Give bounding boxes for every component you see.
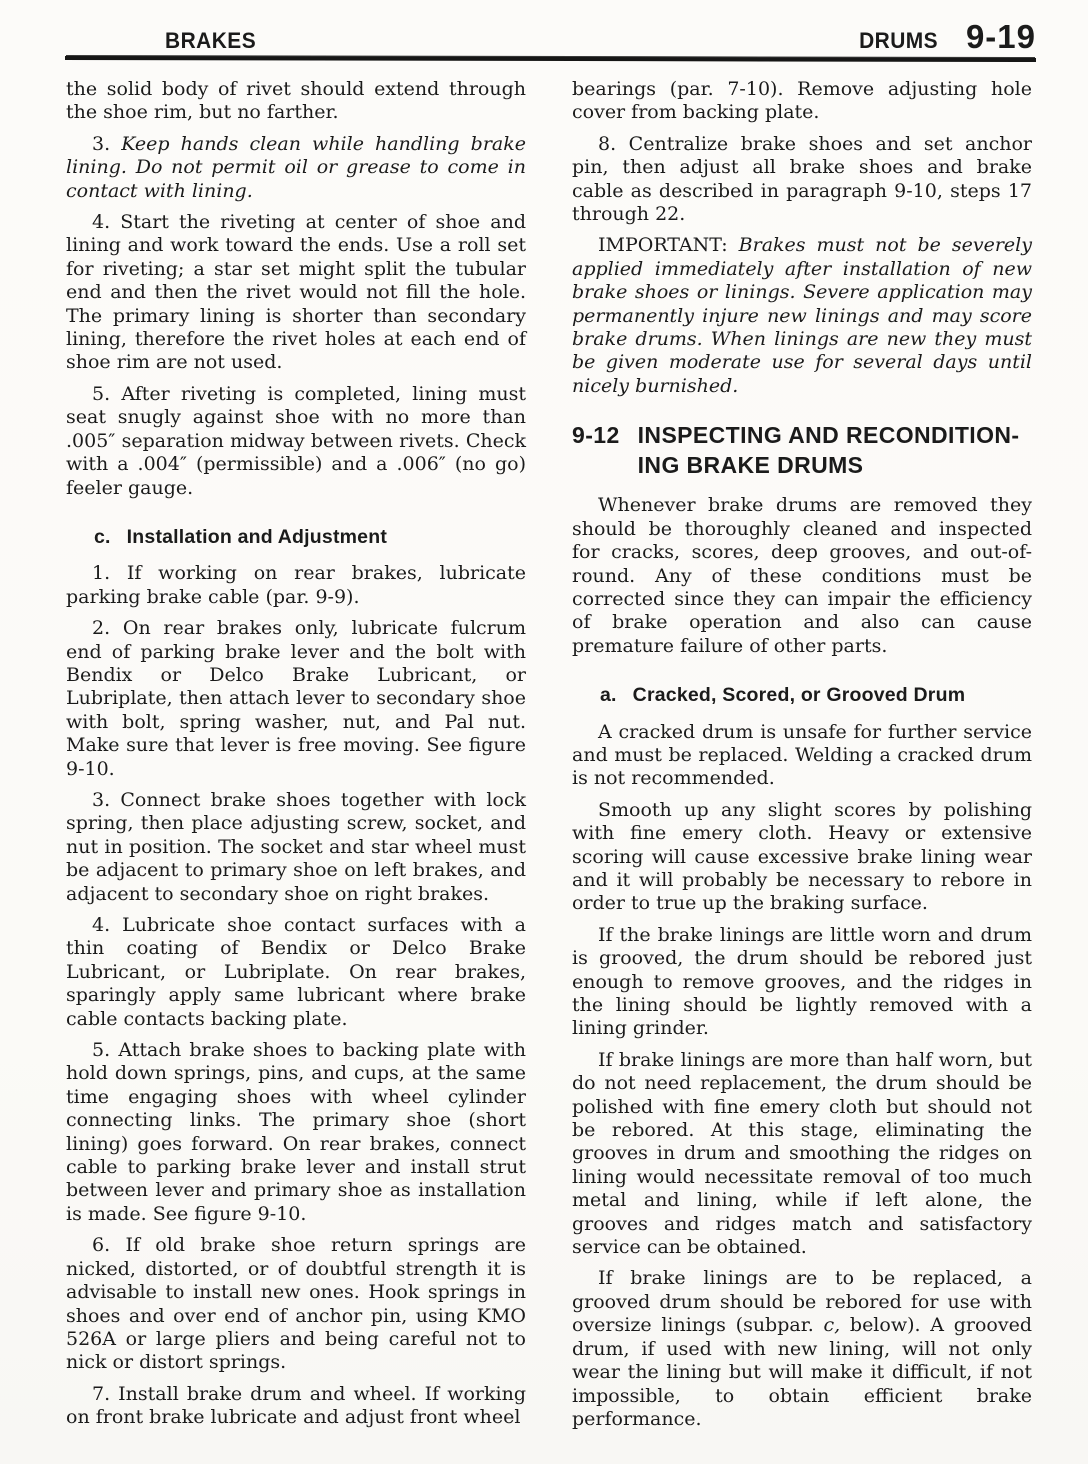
paragraph: Smooth up any slight scores by polishing… xyxy=(572,799,1032,916)
paragraph: 5. After riveting is completed, lining m… xyxy=(66,383,526,500)
paragraph: 6. If old brake shoe return springs are … xyxy=(66,1234,526,1374)
italic-text: Keep hands clean while handling brake li… xyxy=(66,133,526,202)
italic-text: c, xyxy=(823,1314,840,1336)
subsection-label: c. xyxy=(94,526,111,549)
paragraph: 8. Centralize brake shoes and set anchor… xyxy=(572,133,1032,227)
paragraph: If the brake linings are little worn and… xyxy=(572,924,1032,1041)
paragraph: A cracked drum is unsafe for further ser… xyxy=(572,721,1032,791)
paragraph: the solid body of rivet should extend th… xyxy=(66,78,526,125)
italic-text: Brakes must not be severely applied imme… xyxy=(572,234,1032,396)
item-number: 3. xyxy=(92,133,121,155)
paragraph: 3. Keep hands clean while handling brake… xyxy=(66,133,526,203)
section-number: 9-12 xyxy=(572,420,620,480)
subsection-label: a. xyxy=(600,684,617,707)
subsection-heading-c: c. Installation and Adjustment xyxy=(66,526,526,549)
paragraph: 5. Attach brake shoes to backing plate w… xyxy=(66,1039,526,1226)
header-right-title: DRUMS xyxy=(859,28,938,54)
section-title: INSPECTING AND RECONDITION- ING BRAKE DR… xyxy=(638,420,1020,480)
paragraph: 4. Lubricate shoe contact surfaces with … xyxy=(66,914,526,1031)
section-title-line2: ING BRAKE DRUMS xyxy=(638,450,1020,480)
header-left-title: BRAKES xyxy=(165,28,256,54)
paragraph: 4. Start the riveting at center of shoe … xyxy=(66,211,526,375)
paragraph: 7. Install brake drum and wheel. If work… xyxy=(66,1383,526,1430)
subsection-title: Cracked, Scored, or Grooved Drum xyxy=(633,684,966,707)
important-label: IMPORTANT: xyxy=(598,234,739,256)
paragraph: Whenever brake drums are removed they sh… xyxy=(572,494,1032,658)
paragraph: IMPORTANT: Brakes must not be severely a… xyxy=(572,234,1032,398)
paragraph: 1. If working on rear brakes, lubricate … xyxy=(66,562,526,609)
paragraph: If brake linings are more than half worn… xyxy=(572,1049,1032,1260)
paragraph: If brake linings are to be replaced, a g… xyxy=(572,1267,1032,1431)
paragraph: 2. On rear brakes only, lubricate fulcru… xyxy=(66,617,526,781)
subsection-heading-a: a. Cracked, Scored, or Grooved Drum xyxy=(572,684,1032,707)
section-heading-9-12: 9-12 INSPECTING AND RECONDITION- ING BRA… xyxy=(572,420,1032,480)
subsection-title: Installation and Adjustment xyxy=(127,526,387,549)
section-title-line1: INSPECTING AND RECONDITION- xyxy=(638,420,1020,450)
header-right-group: DRUMS 9-19 xyxy=(857,18,1036,56)
page-number: 9-19 xyxy=(966,18,1036,56)
page-body: the solid body of rivet should extend th… xyxy=(66,76,1032,1439)
manual-page: BRAKES DRUMS 9-19 the solid body of rive… xyxy=(0,0,1088,1464)
paragraph: bearings (par. 7-10). Remove adjusting h… xyxy=(572,78,1032,125)
paragraph: 3. Connect brake shoes together with loc… xyxy=(66,789,526,906)
right-column: bearings (par. 7-10). Remove adjusting h… xyxy=(572,76,1032,1439)
left-column: the solid body of rivet should extend th… xyxy=(66,76,526,1439)
